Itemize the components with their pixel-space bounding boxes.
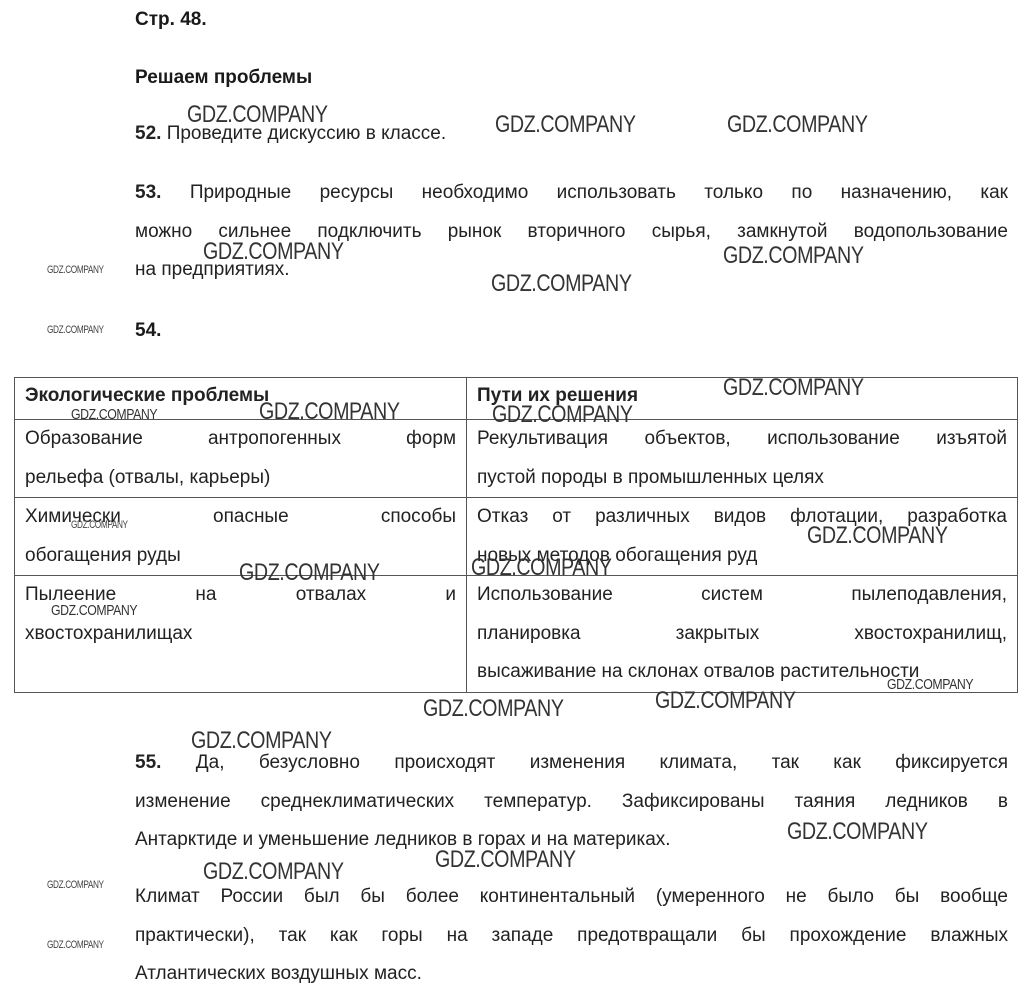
- cell-line: рельефа (отвалы, карьеры): [25, 459, 456, 498]
- document-page: Стр. 48. Решаем проблемы 52. Проведите д…: [0, 0, 1033, 1000]
- cell-line: высаживание на склонах отвалов раститель…: [477, 653, 1007, 692]
- table-row: Образование антропогенных форм рельефа (…: [15, 420, 1018, 498]
- problem-cell: Пылеение на отвалах и хвостохранилищах: [15, 576, 467, 693]
- problem-cell: Химически опасные способы обогащения руд…: [15, 498, 467, 576]
- table-row: Пылеение на отвалах и хвостохранилищах И…: [15, 576, 1018, 693]
- page-header: Стр. 48.: [135, 9, 207, 31]
- cell-line: Использование систем пылеподавления,: [477, 576, 1007, 615]
- solution-cell: Использование систем пылеподавления, пла…: [467, 576, 1018, 693]
- cell-line: хвостохранилищах: [25, 615, 456, 654]
- watermark: GDZ.COMPANY: [47, 264, 104, 276]
- task-text-line: изменение среднеклиматических температур…: [135, 783, 1008, 822]
- task-text-line: Антарктиде и уменьшение ледников в горах…: [135, 821, 1008, 860]
- task-text-line: практически), так как горы на западе пре…: [135, 917, 1008, 956]
- task-text-line: можно сильнее подключить рынок вторичног…: [135, 213, 1008, 252]
- task-number: 55.: [135, 752, 161, 773]
- task-text-line: Климат России был бы более континентальн…: [135, 878, 1008, 917]
- task-55: 55. Да, безусловно происходят изменения …: [135, 744, 1008, 860]
- header-solutions: Пути их решения: [467, 378, 1018, 420]
- cell-line: новых методов обогащения руд: [477, 537, 1007, 576]
- task-text-line: на предприятиях.: [135, 251, 1008, 290]
- task-number: 53.: [135, 182, 161, 203]
- cell-line: пустой породы в промышленных целях: [477, 459, 1007, 498]
- task-55-paragraph-2: Климат России был бы более континентальн…: [135, 878, 1008, 994]
- task-text: Проведите дискуссию в классе.: [167, 123, 446, 144]
- cell-line: Образование антропогенных форм: [25, 420, 456, 459]
- cell-line: Отказ от различных видов флотации, разра…: [477, 498, 1007, 537]
- task-53: 53. Природные ресурсы необходимо использ…: [135, 174, 1008, 290]
- header-problems: Экологические проблемы: [15, 378, 467, 420]
- watermark: GDZ.COMPANY: [47, 939, 104, 951]
- section-title: Решаем проблемы: [135, 67, 312, 89]
- cell-line: обогащения руды: [25, 537, 456, 576]
- ecology-table: Экологические проблемы Пути их решения О…: [14, 377, 1018, 693]
- watermark: GDZ.COMPANY: [423, 695, 564, 723]
- cell-line: Пылеение на отвалах и: [25, 576, 456, 615]
- problem-cell: Образование антропогенных форм рельефа (…: [15, 420, 467, 498]
- cell-line: планировка закрытых хвостохранилищ,: [477, 615, 1007, 654]
- task-text-line: Да, безусловно происходят изменения клим…: [196, 752, 1008, 773]
- table-header-row: Экологические проблемы Пути их решения: [15, 378, 1018, 420]
- task-52: 52. Проведите дискуссию в классе.: [135, 115, 1008, 154]
- task-text-line: Атлантических воздушных масс.: [135, 955, 1008, 994]
- cell-line: Рекультивация объектов, использование из…: [477, 420, 1007, 459]
- watermark: GDZ.COMPANY: [47, 879, 104, 891]
- table-row: Химически опасные способы обогащения руд…: [15, 498, 1018, 576]
- solution-cell: Рекультивация объектов, использование из…: [467, 420, 1018, 498]
- task-54-number: 54.: [135, 320, 161, 342]
- task-text-line: Природные ресурсы необходимо использоват…: [190, 182, 1008, 203]
- cell-line: Химически опасные способы: [25, 498, 456, 537]
- task-number: 52.: [135, 123, 161, 144]
- watermark: GDZ.COMPANY: [47, 324, 104, 336]
- solution-cell: Отказ от различных видов флотации, разра…: [467, 498, 1018, 576]
